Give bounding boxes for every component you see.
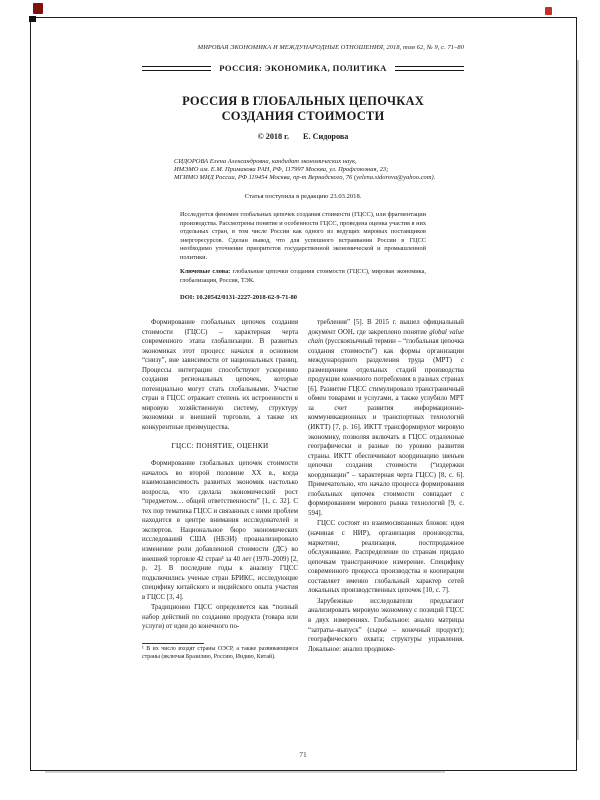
article-title: РОССИЯ В ГЛОБАЛЬНЫХ ЦЕПОЧКАХ СОЗДАНИЯ СТ… <box>142 94 464 123</box>
received-date-line: Статья поступила в редакцию 23.03.2018. <box>142 193 464 200</box>
footnote-text: ¹ В их число входят страны ОЭСР, а также… <box>142 646 298 661</box>
affiliation-block: СИДОРОВА Елена Александровна, кандидат э… <box>142 158 496 183</box>
paragraph: Формирование глобальных цепочек стоимост… <box>142 459 298 602</box>
paragraph: Формирование глобальных цепочек создания… <box>142 318 298 433</box>
red-corner-mark-left <box>33 3 43 14</box>
paragraph: ГЦСС состоят из взаимосвязанных блоков: … <box>308 519 464 595</box>
scanned-paper-page: МИРОВАЯ ЭКОНОМИКА И МЕЖДУНАРОДНЫЕ ОТНОШЕ… <box>0 0 600 800</box>
footnote-rule <box>142 643 204 644</box>
paragraph: требления” [5]. В 2015 г. вышел официаль… <box>308 318 464 518</box>
red-corner-mark-right <box>545 7 552 15</box>
rubric-bar: РОССИЯ: ЭКОНОМИКА, ПОЛИТИКА <box>142 63 464 73</box>
body-columns: Формирование глобальных цепочек создания… <box>142 318 464 770</box>
rubric-rule-right <box>395 66 464 71</box>
rubric-label: РОССИЯ: ЭКОНОМИКА, ПОЛИТИКА <box>211 63 394 73</box>
affiliation-line: СИДОРОВА Елена Александровна, кандидат э… <box>174 158 496 166</box>
abstract-text: Исследуется феномен глобальных цепочек с… <box>180 211 426 263</box>
author-name: Е. Сидорова <box>303 132 348 141</box>
paragraph-text: (русскоязычный термин – “глобальная цепо… <box>308 338 464 517</box>
keywords-label: Ключевые слова: <box>180 268 230 275</box>
article-title-line1: РОССИЯ В ГЛОБАЛЬНЫХ ЦЕПОЧКАХ <box>142 94 464 109</box>
page-number: 71 <box>142 750 464 759</box>
keywords-block: Ключевые слова: глобальные цепочки созда… <box>180 268 426 285</box>
paragraph: Зарубежные исследователи предлагают анал… <box>308 597 464 654</box>
affiliation-line: ИМЭМО им. Е.М. Примакова РАН, РФ, 117997… <box>174 166 496 174</box>
journal-running-head: МИРОВАЯ ЭКОНОМИКА И МЕЖДУНАРОДНЫЕ ОТНОШЕ… <box>142 44 464 51</box>
affiliation-line: МГИМО МИД России, РФ 119454 Москва, пр-т… <box>174 174 496 182</box>
copyright-text: © 2018 г. <box>258 132 289 141</box>
doi-line: DOI: 10.20542/0131-2227-2018-62-9-71-80 <box>180 294 464 301</box>
article-title-line2: СОЗДАНИЯ СТОИМОСТИ <box>142 109 464 124</box>
scan-corner-artifact <box>29 16 36 22</box>
body-column-left: Формирование глобальных цепочек создания… <box>142 318 298 770</box>
byline: © 2018 г.Е. Сидорова <box>142 132 464 141</box>
rubric-rule-left <box>142 66 211 71</box>
body-column-right: требления” [5]. В 2015 г. вышел официаль… <box>308 318 464 770</box>
scan-shadow-right <box>577 60 579 740</box>
section-heading: ГЦСС: ПОНЯТИЕ, ОЦЕНКИ <box>142 442 298 452</box>
paragraph: Традиционно ГЦСС определяется как “полны… <box>142 603 298 632</box>
page-content: МИРОВАЯ ЭКОНОМИКА И МЕЖДУНАРОДНЫЕ ОТНОШЕ… <box>142 44 464 800</box>
